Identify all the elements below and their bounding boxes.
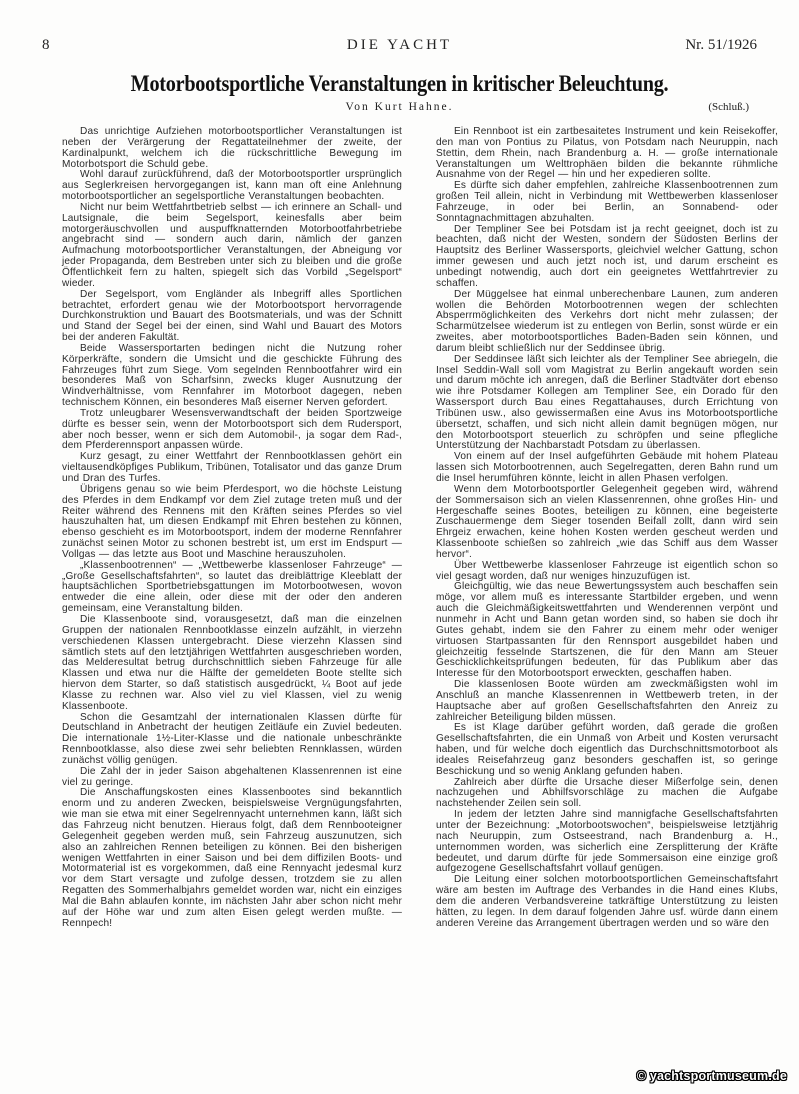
paragraph: Nicht nur beim Wettfahrtbetrieb selbst —… xyxy=(62,203,402,290)
paragraph: Kurz gesagt, zu einer Wettfahrt der Renn… xyxy=(62,452,402,485)
journal-name: DIE YACHT xyxy=(42,37,757,54)
paragraph: Trotz unleugbarer Wesensverwandtschaft d… xyxy=(62,409,402,452)
paragraph: Es ist Klage darüber geführt worden, daß… xyxy=(436,723,778,777)
paragraph: Über Wettbewerbe klassenloser Fahrzeuge … xyxy=(436,561,778,583)
paragraph: Wenn dem Motorbootsportler Gelegenheit g… xyxy=(436,485,778,561)
paragraph: Die Leitung einer solchen motorbootsport… xyxy=(436,875,778,929)
issue-number: Nr. 51/1926 xyxy=(685,37,757,54)
paragraph: Von einem auf der Insel aufgeführten Geb… xyxy=(436,452,778,485)
article-byline: Von Kurt Hahne. xyxy=(0,101,799,113)
paragraph: Übrigens genau so wie beim Pferdesport, … xyxy=(62,485,402,561)
paragraph: „Klassenbootrennen“ — „Wettbewerbe klass… xyxy=(62,561,402,615)
paragraph: Der Segelsport, vom Engländer als Inbegr… xyxy=(62,290,402,344)
paragraph: Die Anschaffungskosten eines Klassenboot… xyxy=(62,788,402,929)
paragraph: Der Müggelsee hat einmal unberechenbare … xyxy=(436,290,778,355)
paragraph: Die klassenlosen Boote würden am zweckmä… xyxy=(436,680,778,723)
left-column: Das unrichtige Aufziehen motorbootsportl… xyxy=(62,127,402,929)
article-title: Motorbootsportliche Veranstaltungen in k… xyxy=(56,71,743,98)
continuation-note: (Schluß.) xyxy=(708,101,749,113)
paragraph: Beide Wassersportarten bedingen nicht di… xyxy=(62,344,402,409)
paragraph: Wohl darauf zurückführend, daß der Motor… xyxy=(62,170,402,203)
paragraph: In jedem der letzten Jahre sind mannigfa… xyxy=(436,810,778,875)
paragraph: Schon die Gesamtzahl der internationalen… xyxy=(62,713,402,767)
paragraph: Ein Rennboot ist ein zartbesaitetes Inst… xyxy=(436,127,778,181)
paragraph: Das unrichtige Aufziehen motorbootsportl… xyxy=(62,127,402,170)
running-head: 8 DIE YACHT Nr. 51/1926 xyxy=(42,37,757,57)
paragraph: Der Seddinsee läßt sich leichter als der… xyxy=(436,355,778,453)
paragraph: Die Zahl der in jeder Saison abgehaltene… xyxy=(62,767,402,789)
paragraph: Gleichgültig, wie das neue Bewertungssys… xyxy=(436,582,778,680)
copyright-watermark: © yachtsportmuseum.de xyxy=(637,1069,787,1083)
paragraph: Zahlreich aber dürfte die Ursache dieser… xyxy=(436,778,778,811)
paragraph: Der Templiner See bei Potsdam ist ja rec… xyxy=(436,225,778,290)
right-column: Ein Rennboot ist ein zartbesaitetes Inst… xyxy=(436,127,778,929)
paragraph: Die Klassenboote sind, vorausgesetzt, da… xyxy=(62,615,402,713)
paragraph: Es dürfte sich daher empfehlen, zahlreic… xyxy=(436,181,778,224)
magazine-page: 8 DIE YACHT Nr. 51/1926 Motorbootsportli… xyxy=(0,0,799,1094)
